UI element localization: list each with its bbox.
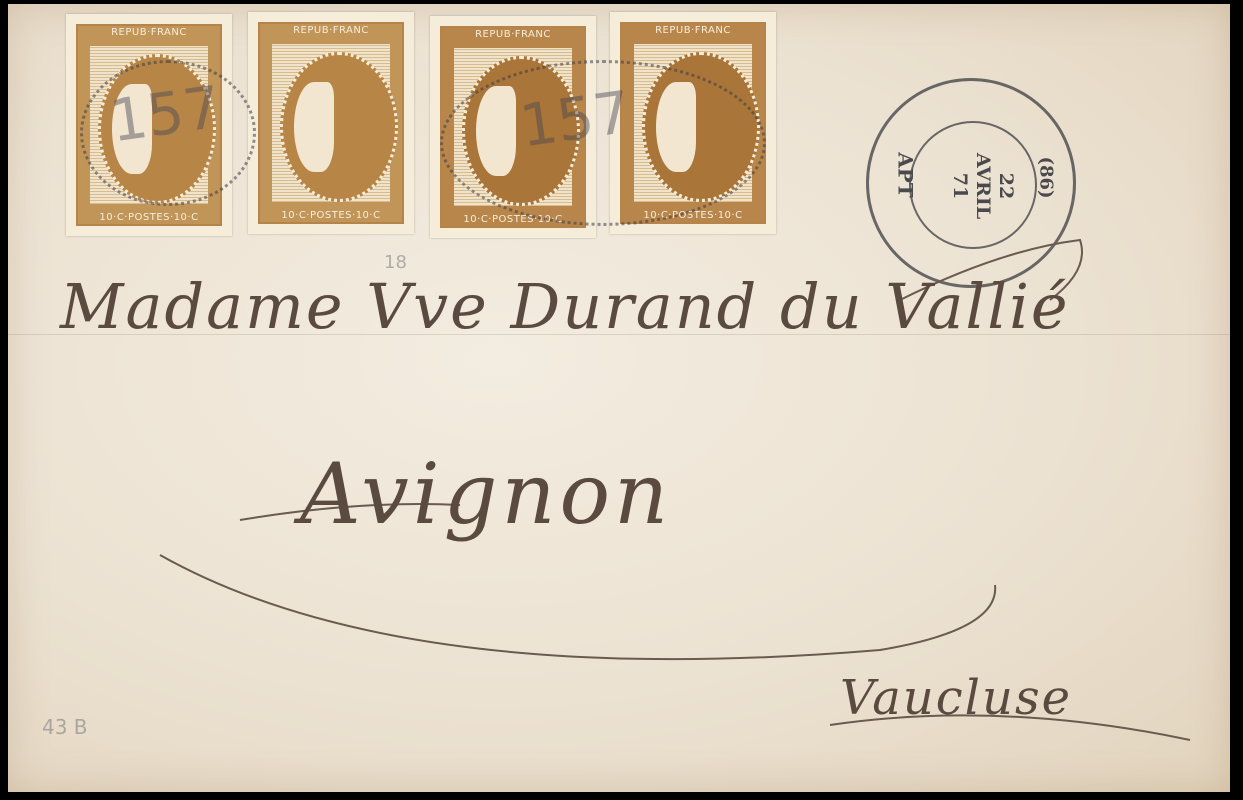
pencil-note: 43 B [42,715,88,739]
address-line-addressee: Madame Vve Durand du Vallié [60,270,1070,343]
pencil-note: 18 [384,252,407,273]
address-line-city: Avignon [300,445,672,543]
address-line-department: Vaucluse [840,670,1072,726]
